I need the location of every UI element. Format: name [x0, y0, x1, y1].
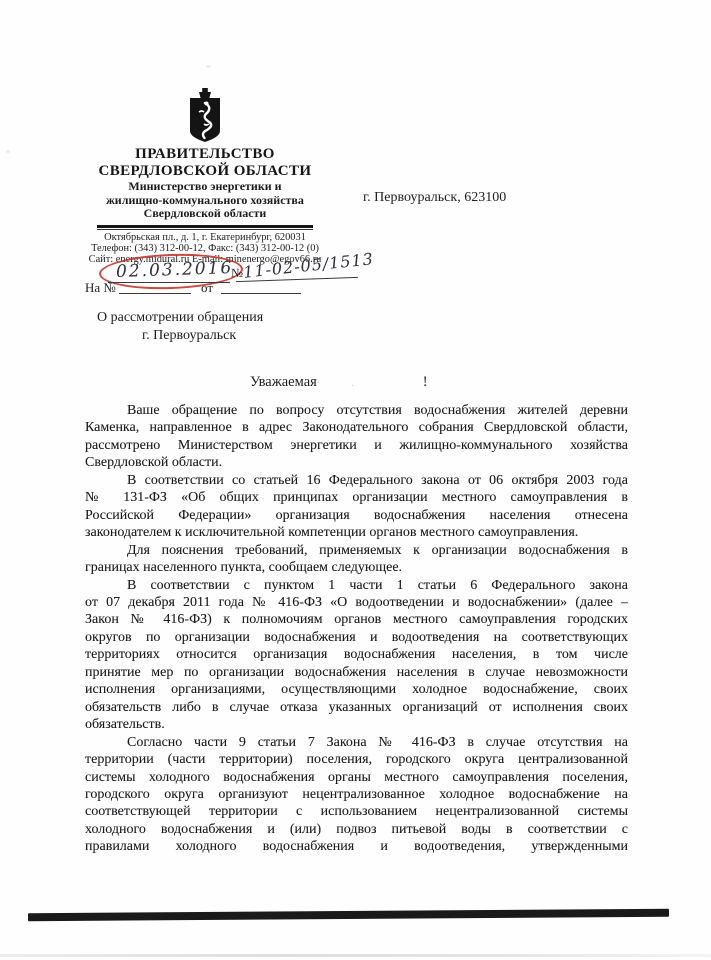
body-line: № 131-ФЗ «Об общих принципах организации…	[85, 489, 628, 506]
body-line: В соответствии с пунктом 1 части 1 стать…	[85, 577, 628, 594]
body-line: территориях относится организация водосн…	[85, 646, 628, 663]
scan-speck	[206, 65, 211, 68]
body-line: от 07 декабря 2011 года № 416-ФЗ «О водо…	[85, 594, 628, 611]
ministry-line1: Министерство энергетики и	[80, 180, 330, 194]
body-line: обязательств либо в случае отказа указан…	[85, 699, 628, 716]
on-number-blank-underline	[119, 293, 191, 294]
body-line: Для пояснения требований, применяемых к …	[85, 542, 628, 559]
body-line: исполнения организациями, осуществляющим…	[85, 681, 628, 698]
letterhead-address: Октябрьская пл., д. 1, г. Екатеринбург, …	[80, 232, 330, 243]
salutation-suffix: !	[423, 374, 428, 390]
org-name-line1: ПРАВИТЕЛЬСТВО	[80, 146, 330, 163]
scanned-letter-page: ПРАВИТЕЛЬСТВО СВЕРДЛОВСКОЙ ОБЛАСТИ Минис…	[0, 0, 711, 960]
recipient-city-zip: г. Первоуральск, 623100	[363, 190, 506, 206]
redacted-name: · .	[317, 377, 423, 389]
body-line: В соответствии со статьей 16 Федеральног…	[85, 472, 628, 489]
body-line: территории (части территории) поселения,…	[85, 751, 628, 768]
salutation-line: Уважаемая· .!	[250, 374, 428, 391]
body-line: обязательств.	[85, 716, 628, 733]
letterhead-phone: Телефон: (343) 312-00-12, Факс: (343) 31…	[80, 243, 330, 254]
subject-line: О рассмотрении обращения	[97, 310, 263, 326]
ministry-line3: Свердловской области	[80, 207, 330, 221]
scan-bottom-smudge	[0, 954, 711, 957]
body-line: Согласно части 9 статьи 7 Закона № 416-Ф…	[85, 734, 628, 751]
body-line: правилами холодного водоснабжения и водо…	[85, 838, 628, 855]
body-line: Российской Федерации» организация водосн…	[85, 507, 628, 524]
letterhead-divider	[97, 225, 313, 230]
salutation-prefix: Уважаемая	[250, 374, 317, 390]
body-line: рассмотрено Министерством энергетики и ж…	[85, 437, 628, 454]
body-line: системы холодного водоснабжения органы м…	[85, 769, 628, 786]
body-paragraph: Согласно части 9 статьи 7 Закона № 416-Ф…	[85, 734, 628, 856]
body-line: холодного водоснабжения и (или) подвоз п…	[85, 821, 628, 838]
body-paragraph: Для пояснения требований, применяемых к …	[85, 542, 628, 577]
body-line: Закон № 416-ФЗ) к полномочиям органов ме…	[85, 611, 628, 628]
body-line: соответствующей территории с использован…	[85, 803, 628, 820]
from-blank-underline	[221, 293, 301, 294]
coat-of-arms-icon	[185, 88, 225, 146]
subject-city-line: г. Первоуральск	[142, 328, 236, 344]
scanner-edge-bar	[28, 909, 669, 921]
body-paragraph: Ваше обращение по вопросу отсутствия вод…	[85, 402, 628, 472]
body-line: округов по организации водоснабжения и в…	[85, 629, 628, 646]
body-paragraph: В соответствии со статьей 16 Федеральног…	[85, 472, 628, 542]
letterhead: ПРАВИТЕЛЬСТВО СВЕРДЛОВСКОЙ ОБЛАСТИ Минис…	[80, 88, 330, 266]
body-line: законодателем к исключительной компетенц…	[85, 524, 628, 541]
body-line: границах населенного пункта, сообщаем сл…	[85, 559, 628, 576]
body-line: принятие мер по организации водоснабжени…	[85, 664, 628, 681]
number-sign-label: №	[231, 266, 243, 281]
letter-body: Ваше обращение по вопросу отсутствия вод…	[85, 402, 628, 856]
body-line: Ваше обращение по вопросу отсутствия вод…	[85, 402, 628, 419]
body-paragraph: В соответствии с пунктом 1 части 1 стать…	[85, 577, 628, 734]
body-line: Каменка, направленное в адрес Законодате…	[85, 419, 628, 436]
from-label: от	[201, 280, 213, 296]
on-number-label: На №	[85, 280, 116, 296]
ministry-line2: жилищно-коммунального хозяйства	[80, 194, 330, 208]
body-line: Свердловской области.	[85, 454, 628, 471]
org-name-line2: СВЕРДЛОВСКОЙ ОБЛАСТИ	[80, 163, 330, 180]
scan-speck	[6, 150, 10, 153]
body-line: городского округа организуют нецентрализ…	[85, 786, 628, 803]
